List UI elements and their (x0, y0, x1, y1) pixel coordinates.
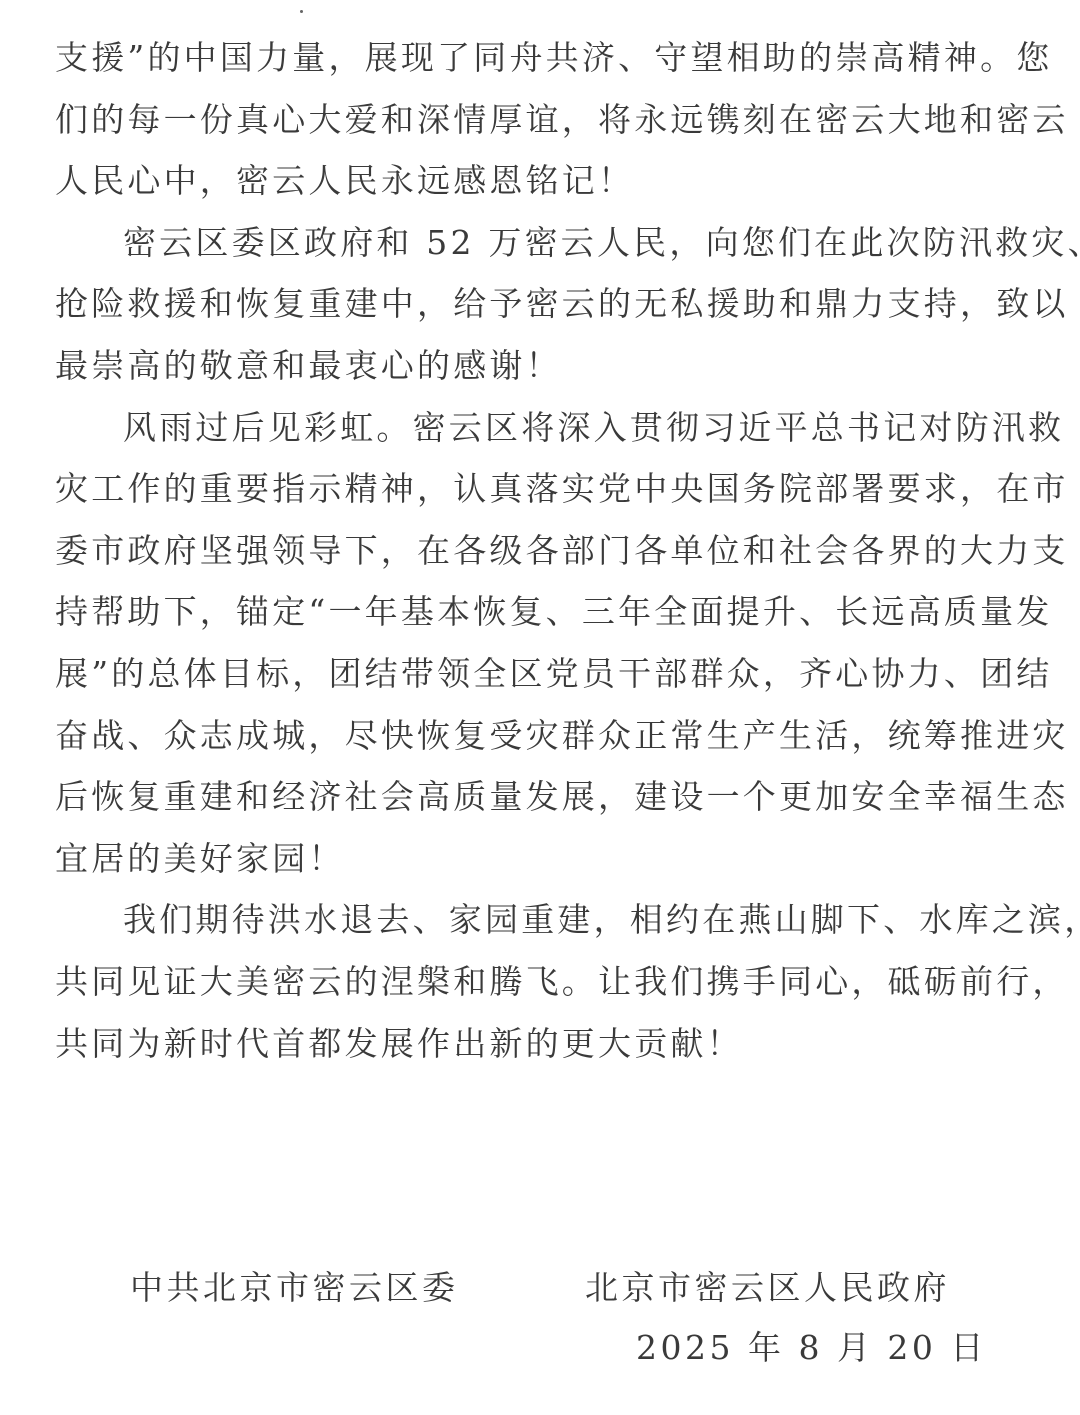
text-line: 后恢复重建和经济社会高质量发展，建设一个更加安全幸福生态 (55, 771, 1015, 833)
text-line: 委市政府坚强领导下，在各级各部门各单位和社会各界的大力支 (55, 525, 1015, 587)
text-line: 持帮助下，锚定“一年基本恢复、三年全面提升、长远高质量发 (55, 586, 1015, 648)
text-line: 最崇高的敬意和最衷心的感谢！ (55, 340, 1015, 402)
paragraph-3: 风雨过后见彩虹。密云区将深入贯彻习近平总书记对防汛救 灾工作的重要指示精神，认真… (55, 402, 1015, 895)
text-line: 风雨过后见彩虹。密云区将深入贯彻习近平总书记对防汛救 (55, 402, 1015, 464)
scan-speck (300, 10, 303, 13)
signature-party-committee: 中共北京市密云区委 (130, 1262, 459, 1309)
text-line: 共同为新时代首都发展作出新的更大贡献！ (55, 1018, 1015, 1080)
text-line: 展”的总体目标，团结带领全区党员干部群众，齐心协力、团结 (55, 648, 1015, 710)
text-line: 们的每一份真心大爱和深情厚谊，将永远镌刻在密云大地和密云 (55, 94, 1015, 156)
signature-government: 北京市密云区人民政府 (585, 1262, 950, 1309)
text-line: 人民心中，密云人民永远感恩铭记！ (55, 155, 1015, 217)
paragraph-4: 我们期待洪水退去、家园重建，相约在燕山脚下、水库之滨， 共同见证大美密云的涅槃和… (55, 894, 1015, 1079)
text-line: 密云区委区政府和 52 万密云人民，向您们在此次防汛救灾、 (55, 217, 1015, 279)
paragraph-1: 支援”的中国力量，展现了同舟共济、守望相助的崇高精神。您 们的每一份真心大爱和深… (55, 32, 1015, 217)
text-line: 支援”的中国力量，展现了同舟共济、守望相助的崇高精神。您 (55, 32, 1015, 94)
text-line: 宜居的美好家园！ (55, 833, 1015, 895)
text-line: 灾工作的重要指示精神，认真落实党中央国务院部署要求，在市 (55, 463, 1015, 525)
letter-body: 支援”的中国力量，展现了同舟共济、守望相助的崇高精神。您 们的每一份真心大爱和深… (55, 32, 1015, 1079)
paragraph-2: 密云区委区政府和 52 万密云人民，向您们在此次防汛救灾、 抢险救援和恢复重建中… (55, 217, 1015, 402)
signature-date: 2025 年 8 月 20 日 (636, 1322, 987, 1369)
text-line: 我们期待洪水退去、家园重建，相约在燕山脚下、水库之滨， (55, 894, 1015, 956)
text-line: 奋战、众志成城，尽快恢复受灾群众正常生产生活，统筹推进灾 (55, 710, 1015, 772)
text-line: 共同见证大美密云的涅槃和腾飞。让我们携手同心，砥砺前行， (55, 956, 1015, 1018)
text-line: 抢险救援和恢复重建中，给予密云的无私援助和鼎力支持，致以 (55, 278, 1015, 340)
